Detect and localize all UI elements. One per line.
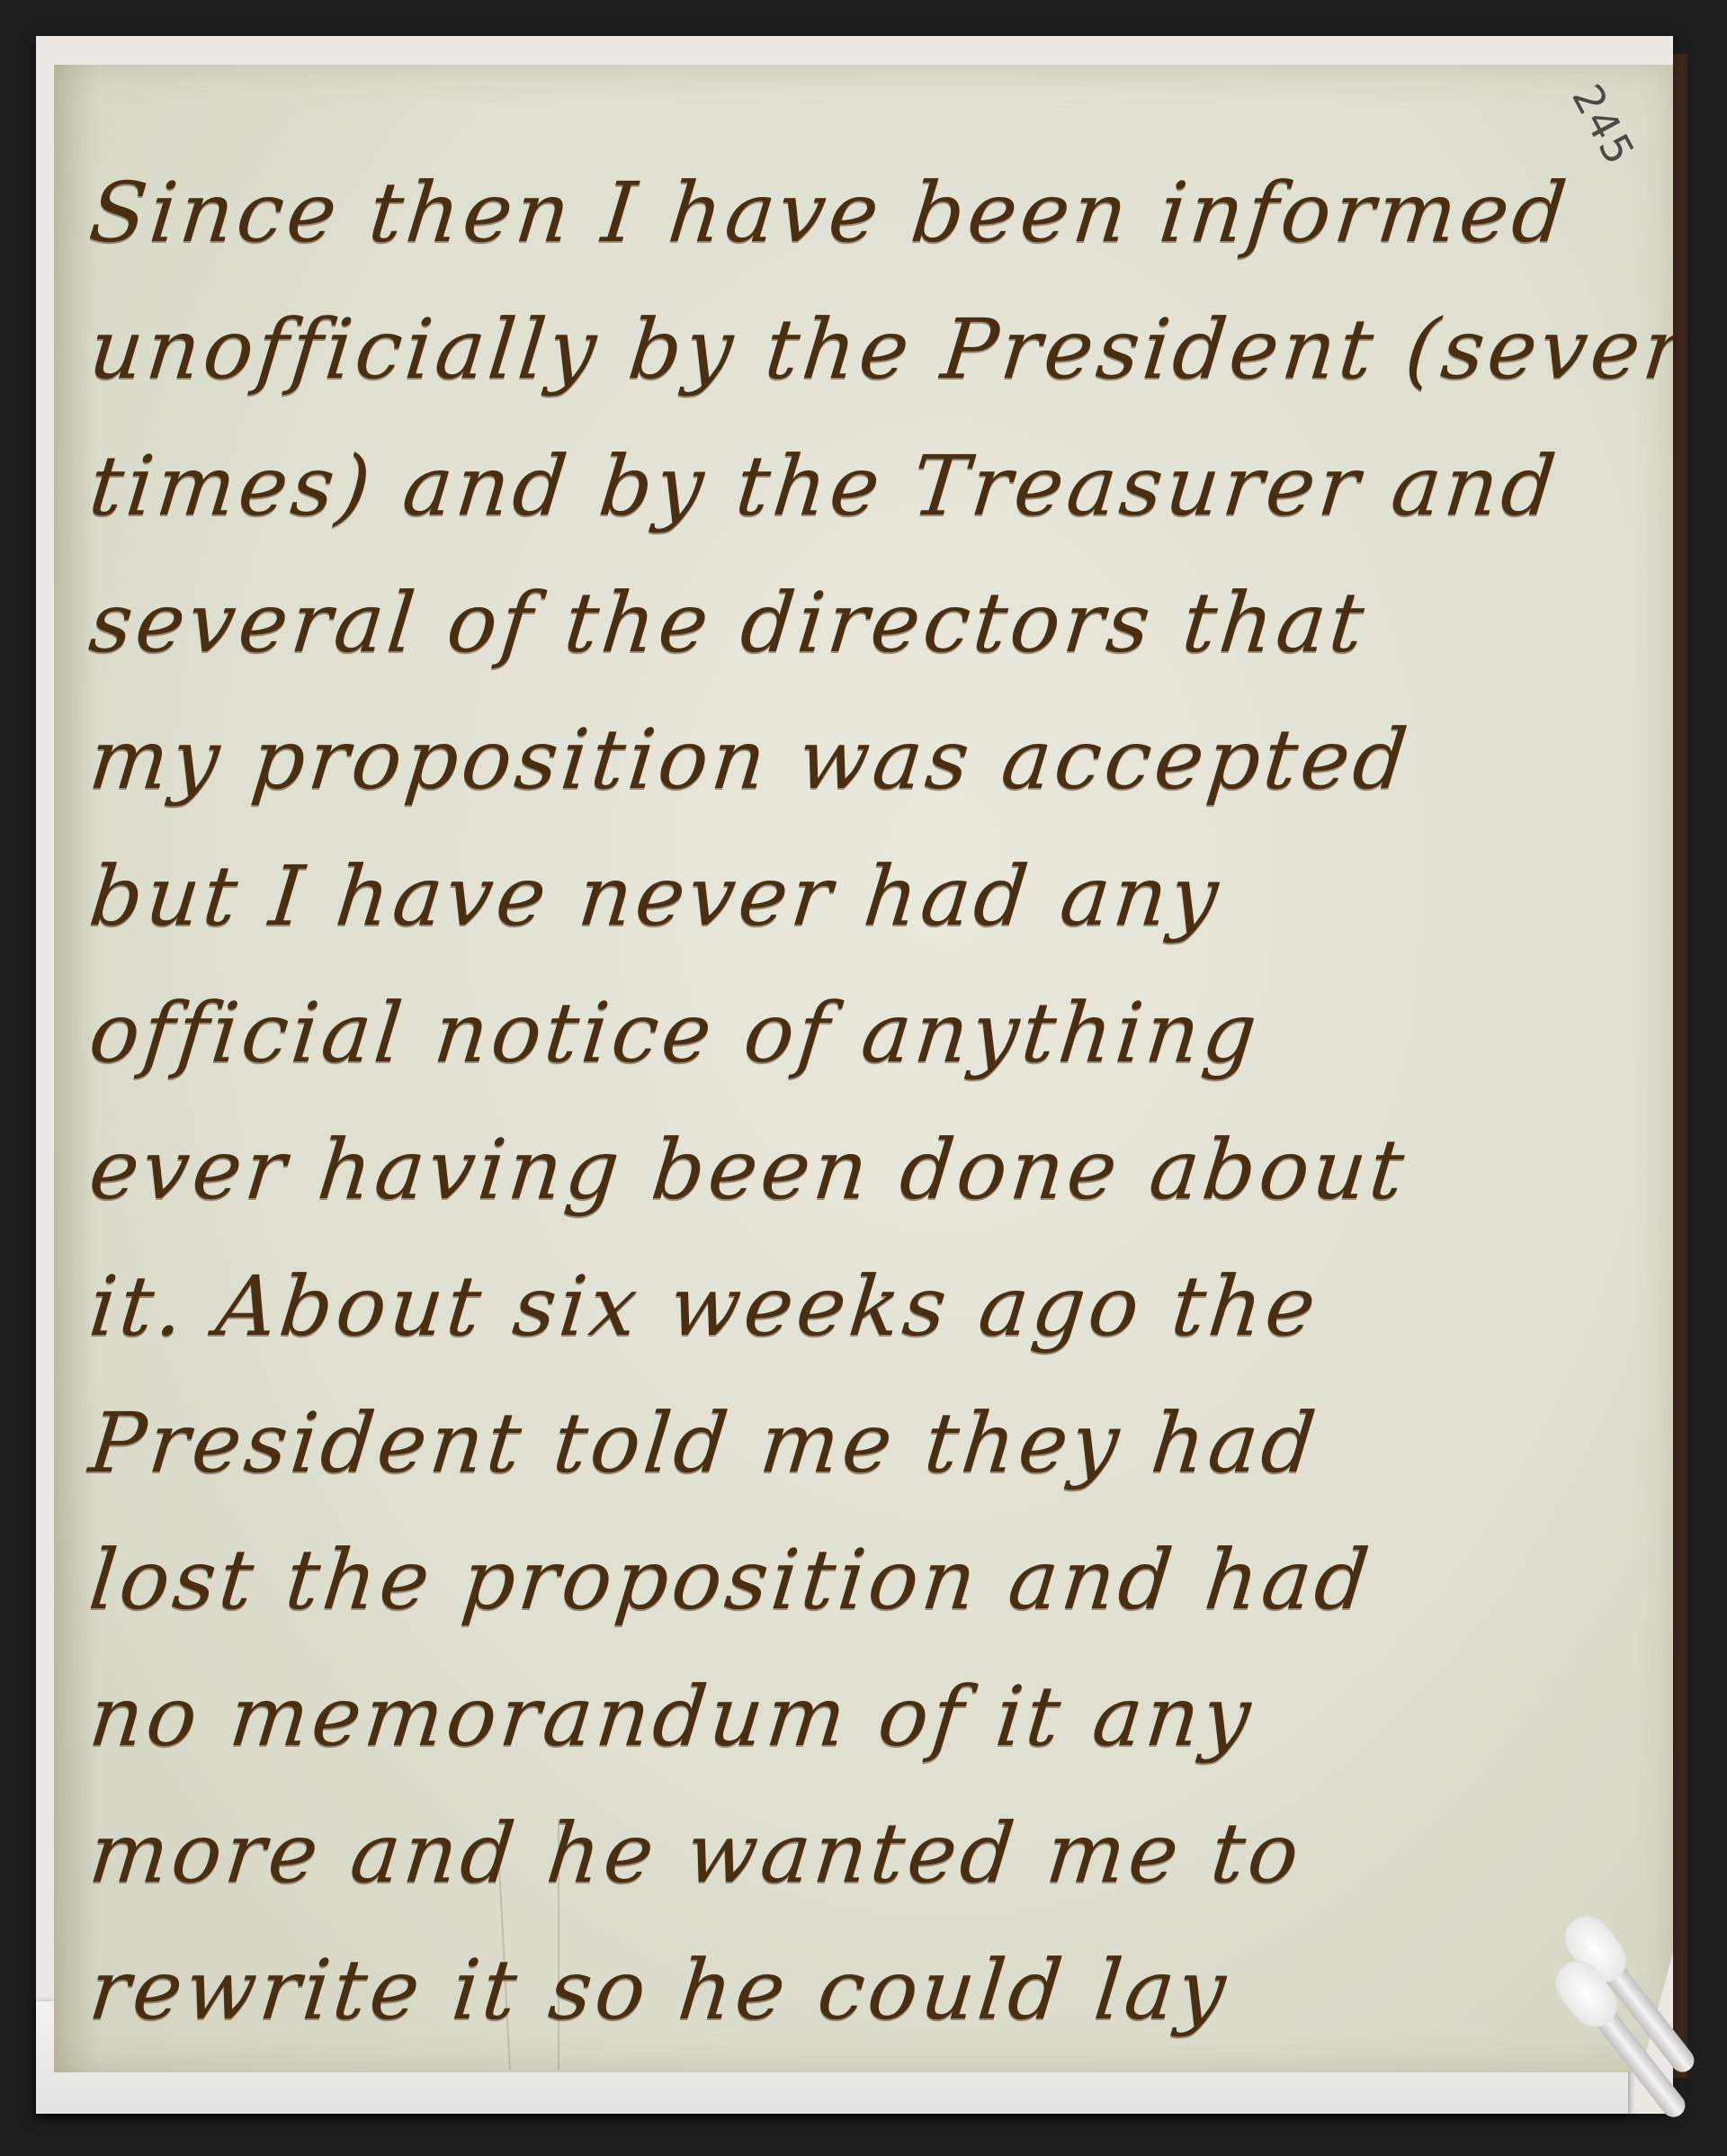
text-line: but I have never had any — [83, 829, 1644, 966]
text-line: rewrite it so he could lay — [83, 1923, 1644, 2060]
text-line: ever having been done about — [83, 1103, 1644, 1239]
text-line: it. About six weeks ago the — [83, 1239, 1644, 1376]
text-line: Since then I have been informed — [83, 146, 1644, 282]
text-line: unofficially by the President (several — [83, 282, 1644, 419]
handwritten-text: Since then I have been informed unoffici… — [90, 146, 1637, 2060]
text-line: President told me they had — [83, 1376, 1644, 1513]
text-line: official notice of anything — [83, 966, 1644, 1103]
text-line: times) and by the Treasurer and — [83, 419, 1644, 556]
text-line: lost the proposition and had — [83, 1513, 1644, 1650]
text-line: several of the directors that — [83, 556, 1644, 693]
text-line: my proposition was accepted — [83, 693, 1644, 829]
manuscript-page: 245 Since then I have been informed unof… — [54, 65, 1673, 2072]
text-line: no memorandum of it any — [83, 1650, 1644, 1786]
text-line: more and he wanted me to — [83, 1786, 1644, 1923]
